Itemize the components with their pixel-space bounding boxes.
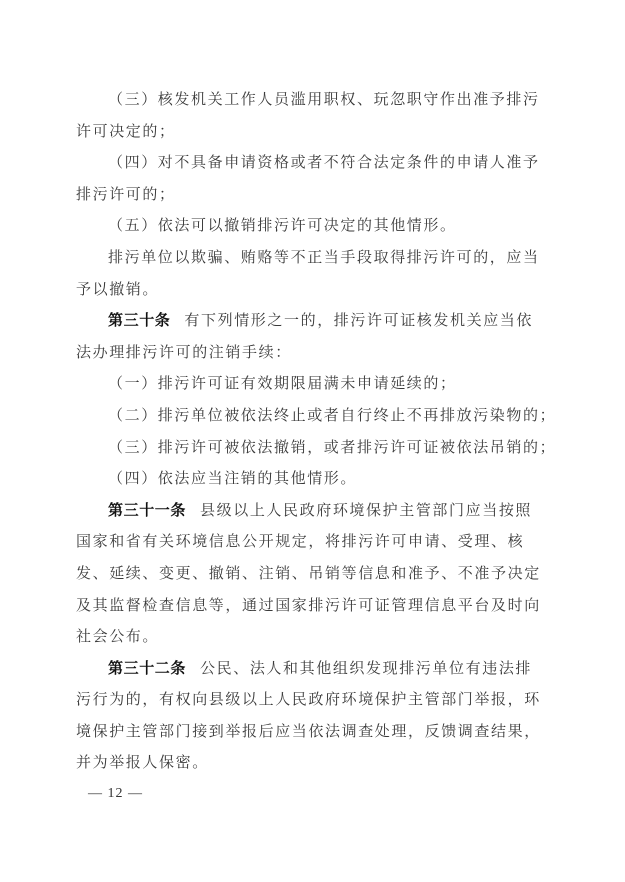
article-30-item-1: （一）排污许可证有效期限届满未申请延续的； (76, 368, 546, 400)
clause-3-line-2: 许可决定的； (76, 116, 546, 148)
article-30-line-2: 法办理排污许可的注销手续： (76, 337, 546, 369)
article-32-text: 公民、法人和其他组织发现排污单位有违法排 (200, 659, 532, 677)
article-31-line-5: 社会公布。 (76, 621, 546, 653)
clause-4-line-2: 排污许可的； (76, 179, 546, 211)
article-30-title: 第三十条 (108, 311, 170, 329)
revocation-paragraph-line-2: 予以撤销。 (76, 274, 546, 306)
article-31-line-1: 第三十一条县级以上人民政府环境保护主管部门应当按照 (76, 495, 546, 527)
clause-3-line-1: （三）核发机关工作人员滥用职权、玩忽职守作出准予排污 (76, 84, 546, 116)
article-32-line-2: 污行为的，有权向县级以上人民政府环境保护主管部门举报，环 (76, 684, 546, 716)
page-number: — 12 — (88, 786, 143, 802)
revocation-paragraph-line-1: 排污单位以欺骗、贿赂等不正当手段取得排污许可的，应当 (76, 242, 546, 274)
article-32-line-3: 境保护主管部门接到举报后应当依法调查处理，反馈调查结果， (76, 716, 546, 748)
article-30-item-3: （三）排污许可被依法撤销，或者排污许可证被依法吊销的； (76, 432, 546, 464)
article-32-line-1: 第三十二条公民、法人和其他组织发现排污单位有违法排 (76, 653, 546, 685)
article-30-item-2: （二）排污单位被依法终止或者自行终止不再排放污染物的； (76, 400, 546, 432)
clause-4-line-1: （四）对不具备申请资格或者不符合法定条件的申请人准予 (76, 147, 546, 179)
clause-5-line-1: （五）依法可以撤销排污许可决定的其他情形。 (76, 210, 546, 242)
article-31-line-2: 国家和省有关环境信息公开规定，将排污许可申请、受理、核 (76, 526, 546, 558)
document-page: （三）核发机关工作人员滥用职权、玩忽职守作出准予排污 许可决定的； （四）对不具… (76, 84, 546, 779)
article-31-line-4: 及其监督检查信息等，通过国家排污许可证管理信息平台及时向 (76, 590, 546, 622)
article-31-line-3: 发、延续、变更、撤销、注销、吊销等信息和准予、不准予决定 (76, 558, 546, 590)
article-30-item-4: （四）依法应当注销的其他情形。 (76, 463, 546, 495)
article-31-title: 第三十一条 (108, 501, 186, 519)
article-31-text: 县级以上人民政府环境保护主管部门应当按照 (200, 501, 532, 519)
article-32-line-4: 并为举报人保密。 (76, 747, 546, 779)
article-30-line-1: 第三十条有下列情形之一的，排污许可证核发机关应当依 (76, 305, 546, 337)
article-30-text: 有下列情形之一的，排污许可证核发机关应当依 (184, 311, 533, 329)
article-32-title: 第三十二条 (108, 659, 186, 677)
